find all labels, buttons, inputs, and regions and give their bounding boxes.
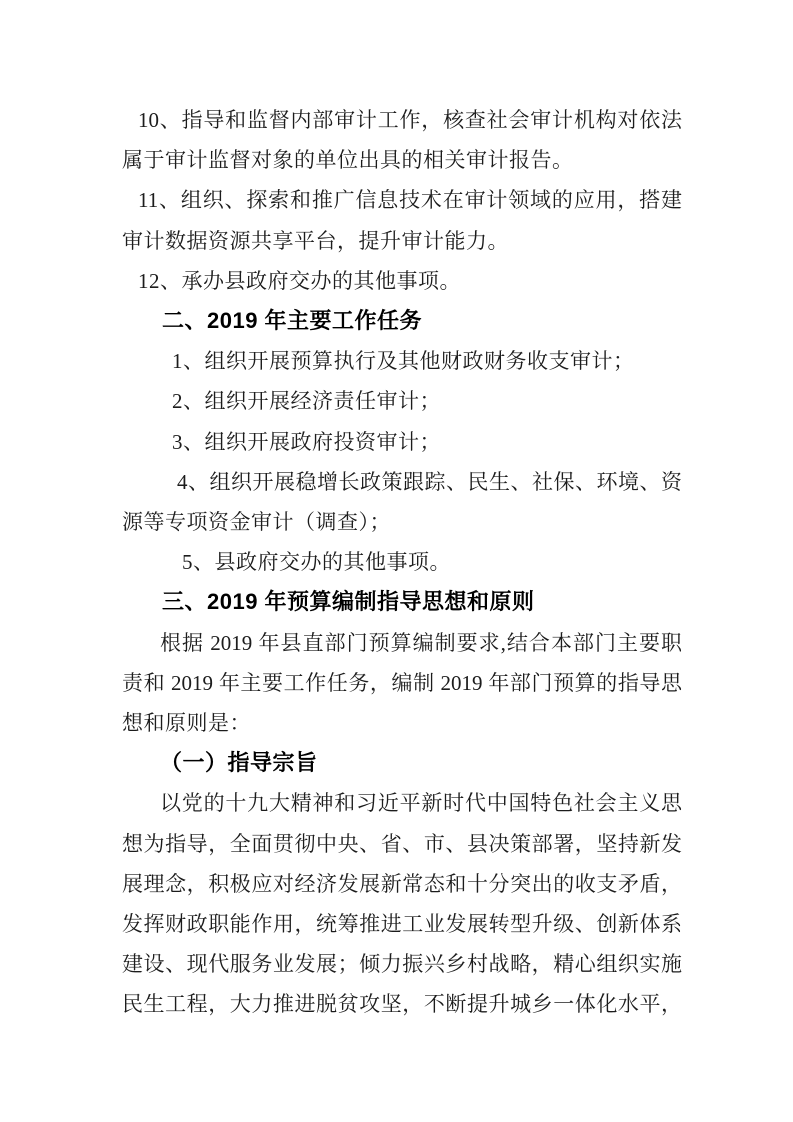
- text-line: 想和原则是：: [122, 703, 682, 743]
- text-line: 1、组织开展预算执行及其他财政财务收支审计；: [122, 341, 682, 381]
- text-block: 10、指导和监督内部审计工作，核查社会审计机构对依法属于审计监督对象的单位出具的…: [122, 100, 682, 1025]
- section-heading: （一）指导宗旨: [122, 743, 682, 783]
- text-line: 2、组织开展经济责任审计；: [122, 381, 682, 421]
- document-page: 10、指导和监督内部审计工作，核查社会审计机构对依法属于审计监督对象的单位出具的…: [0, 0, 793, 1122]
- text-line: 民生工程，大力推进脱贫攻坚，不断提升城乡一体化水平，: [122, 984, 682, 1024]
- text-line: 展理念，积极应对经济发展新常态和十分突出的收支矛盾，: [122, 864, 682, 904]
- text-line: 源等专项资金审计（调查）；: [122, 502, 682, 542]
- text-line: 发挥财政职能作用，统筹推进工业发展转型升级、创新体系: [122, 904, 682, 944]
- text-line: 以党的十九大精神和习近平新时代中国特色社会主义思: [122, 783, 682, 823]
- text-line: 审计数据资源共享平台，提升审计能力。: [122, 221, 682, 261]
- text-line: 建设、现代服务业发展；倾力振兴乡村战略，精心组织实施: [122, 944, 682, 984]
- text-line: 5、县政府交办的其他事项。: [122, 542, 682, 582]
- text-line: 属于审计监督对象的单位出具的相关审计报告。: [122, 140, 682, 180]
- text-line: 根据 2019 年县直部门预算编制要求,结合本部门主要职: [122, 623, 682, 663]
- text-line: 12、承办县政府交办的其他事项。: [122, 261, 682, 301]
- text-line: 11、组织、探索和推广信息技术在审计领域的应用，搭建: [122, 180, 682, 220]
- section-heading: 三、2019 年预算编制指导思想和原则: [122, 582, 682, 622]
- text-line: 3、组织开展政府投资审计；: [122, 422, 682, 462]
- text-line: 4、组织开展稳增长政策跟踪、民生、社保、环境、资: [122, 462, 682, 502]
- section-heading: 二、2019 年主要工作任务: [122, 301, 682, 341]
- text-line: 10、指导和监督内部审计工作，核查社会审计机构对依法: [122, 100, 682, 140]
- text-line: 想为指导，全面贯彻中央、省、市、县决策部署，坚持新发: [122, 824, 682, 864]
- text-line: 责和 2019 年主要工作任务，编制 2019 年部门预算的指导思: [122, 663, 682, 703]
